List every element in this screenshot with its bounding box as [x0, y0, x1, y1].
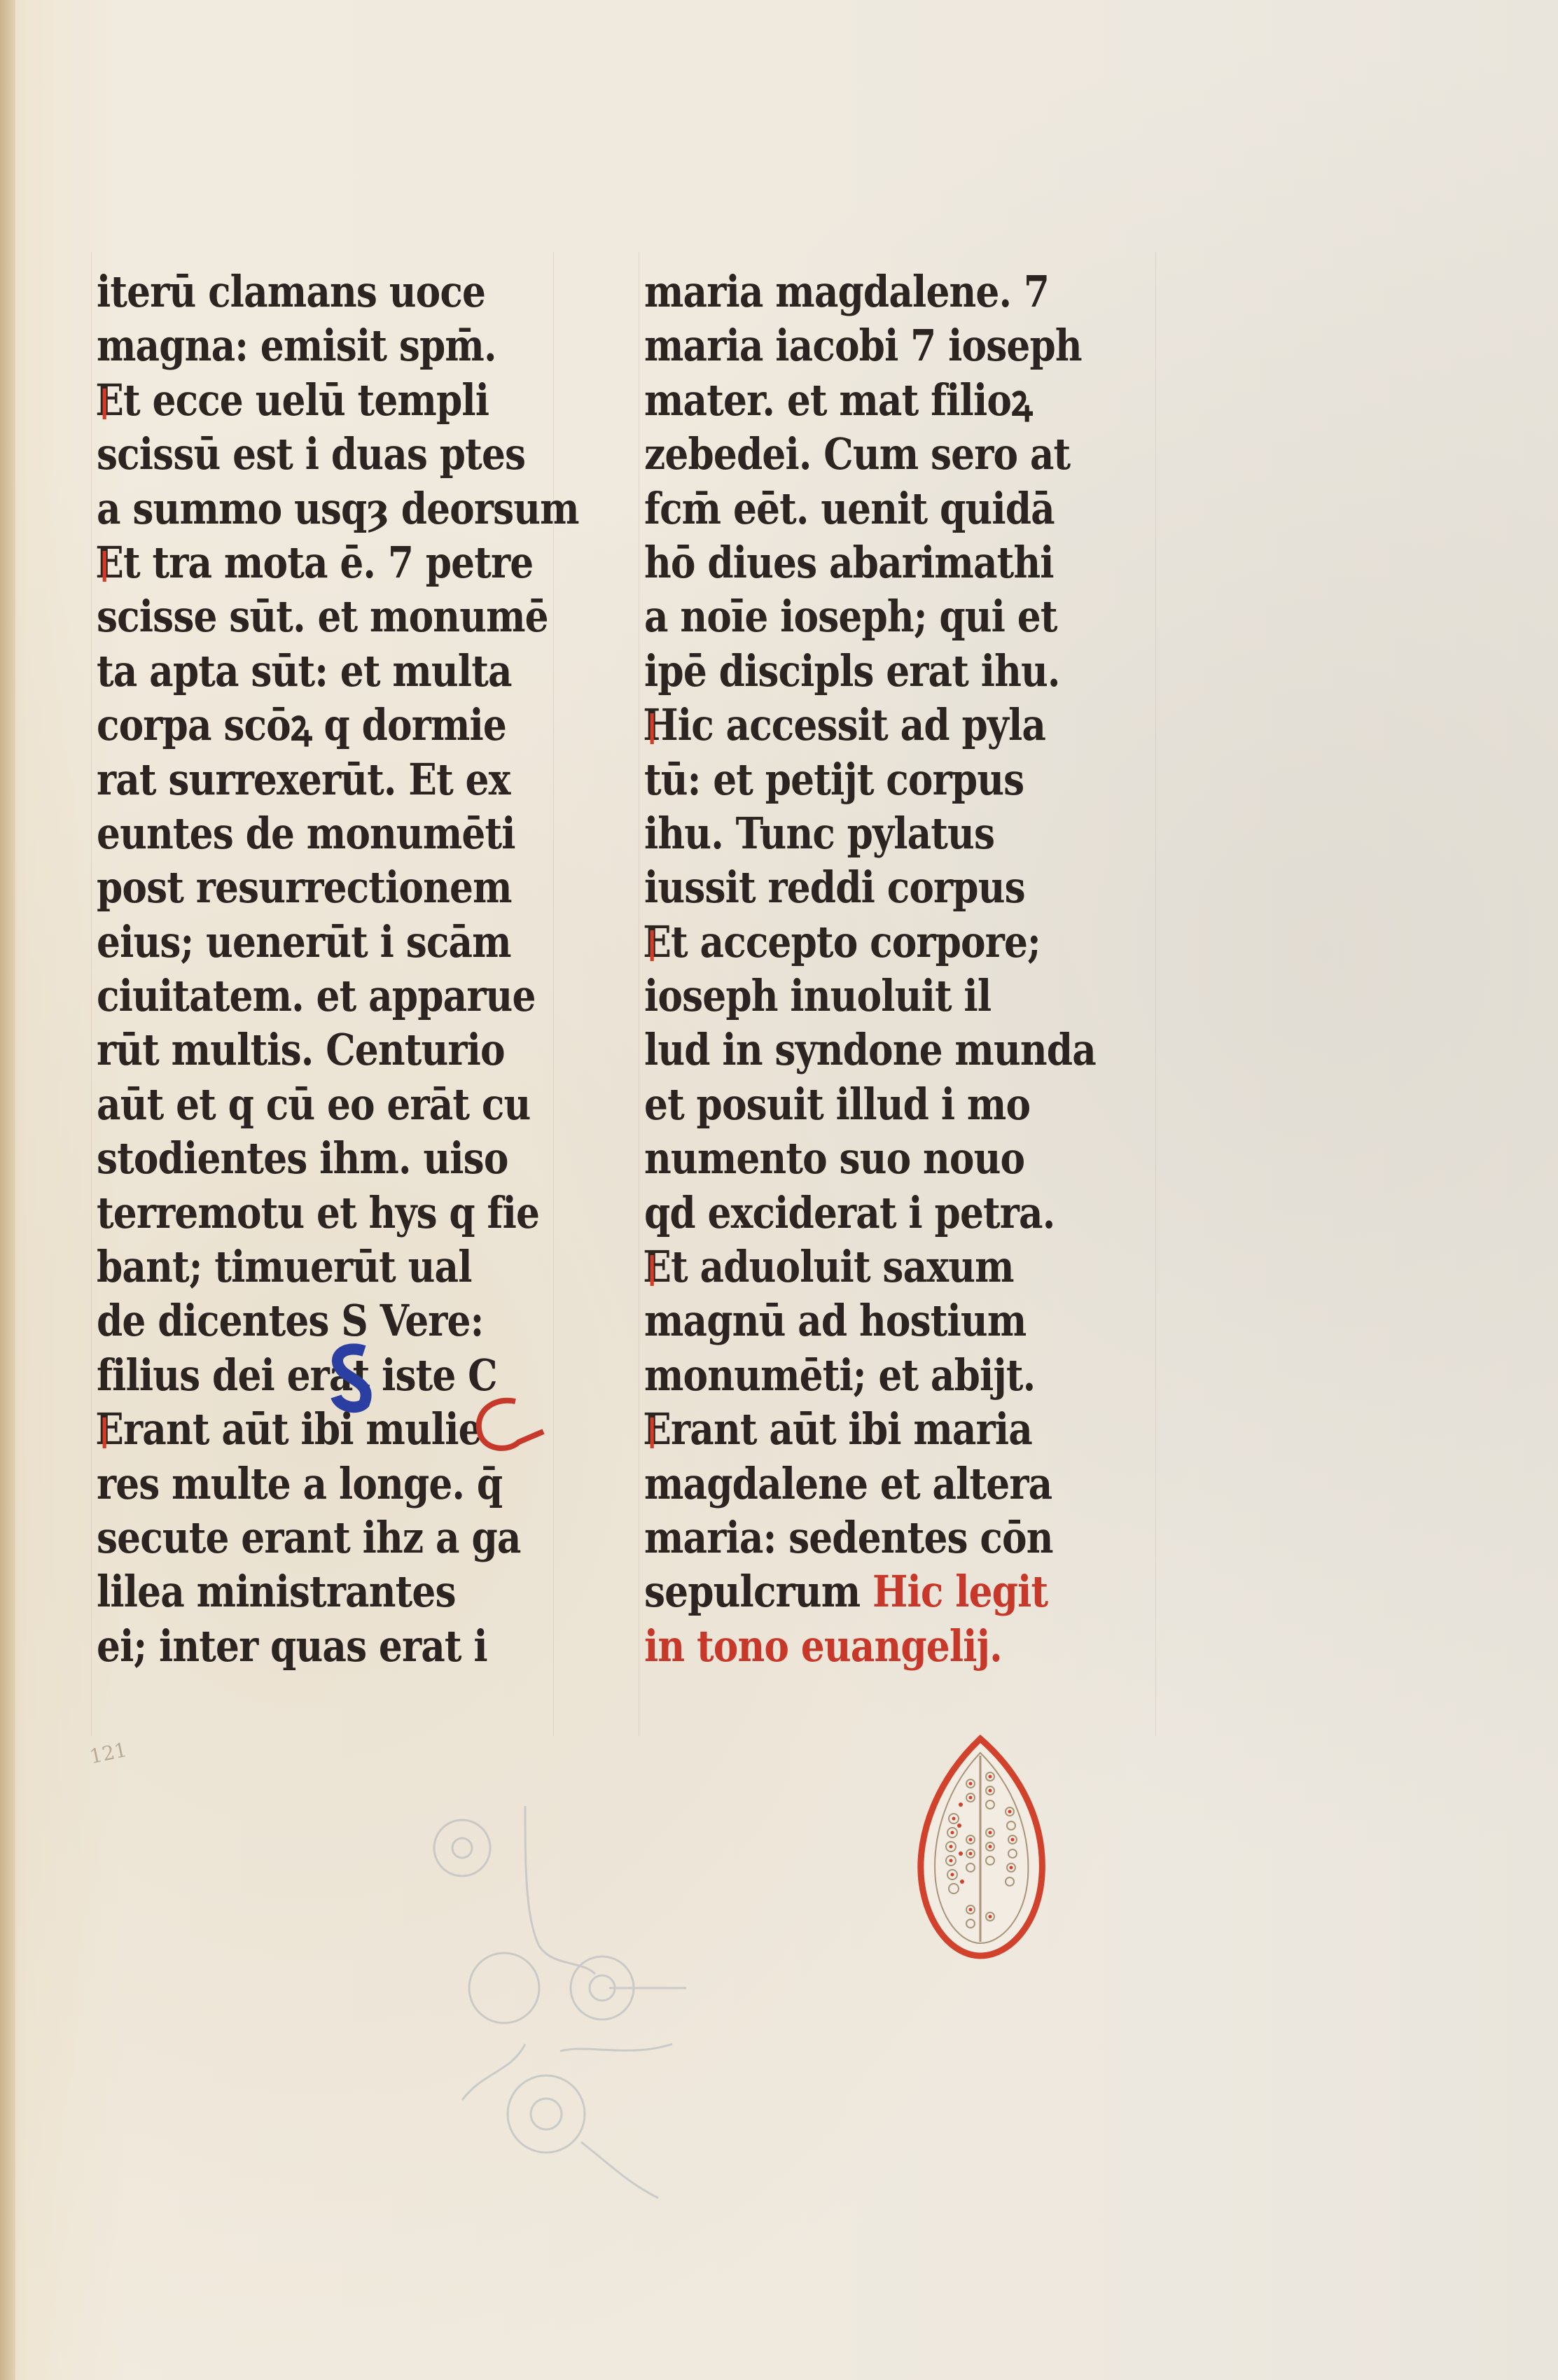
red-initial-c-icon [466, 1393, 550, 1456]
text-line: zebedei. Cum sero at [644, 427, 1078, 481]
text-line: res multe a longe. q̄ [97, 1457, 488, 1511]
text-line: monumēti; et abijt. [644, 1348, 1078, 1402]
text-line: de dicentes S Vere: [97, 1294, 488, 1347]
text-line: Et accepto corpore; [644, 915, 1078, 969]
text-line: ta apta sūt: et multa [97, 644, 488, 698]
text-line: Hic accessit ad pyla [644, 698, 1078, 752]
rubric-stroke-icon [103, 1417, 106, 1448]
text-line: eius; uenerūt i scām [97, 915, 488, 969]
text-line: iussit reddi corpus [644, 860, 1078, 914]
rubric-stroke-icon [651, 1255, 654, 1286]
text-line: a summo usqȝ deorsum [97, 482, 488, 535]
text-line: rūt multis. Centurio [97, 1023, 488, 1077]
rubric-text: Hic legit [872, 1566, 1048, 1617]
binding-gutter [0, 0, 15, 2380]
text-line: ioseph inuoluit il [644, 969, 1078, 1023]
rubric-line: in tono euangelij. [644, 1619, 1078, 1673]
text-line: Et tra mota ē. 7 petre [97, 535, 488, 589]
text-line: ihu. Tunc pylatus [644, 806, 1078, 860]
text-line: corpa scōꝝ q dormie [97, 698, 488, 752]
text-line: hō diues abarimathi [644, 535, 1078, 589]
text-line: euntes de monumēti [97, 806, 488, 860]
text-line: magna: emisit spm̄. [97, 318, 488, 372]
text-column-right: maria magdalene. 7 maria iacobi 7 ioseph… [644, 265, 1148, 1673]
text-line: secute erant ihz a ga [97, 1511, 488, 1564]
text-line: Et ecce uelū templi [97, 373, 488, 427]
text-line: ei; inter quas erat i [97, 1619, 488, 1673]
text-column-left: iterū clamans uoce magna: emisit spm̄. E… [97, 265, 552, 1673]
text-line: magnū ad hostium [644, 1294, 1078, 1347]
text-line: mater. et mat filioꝝ [644, 373, 1078, 427]
text-line: bant; timuerūt ual [97, 1240, 488, 1294]
rubric-stroke-icon [103, 551, 106, 582]
text-line: ipē discipls erat ihu. [644, 644, 1078, 698]
ruling-line [553, 252, 554, 1736]
text-line: a noīe ioseph; qui et [644, 589, 1078, 643]
text-line: qd exciderat i petra. [644, 1186, 1078, 1240]
text-line: scisse sūt. et monumē [97, 589, 488, 643]
text-line: terremotu et hys q fie [97, 1186, 488, 1240]
rubric-stroke-icon [651, 713, 654, 744]
text-line: iterū clamans uoce [97, 265, 488, 318]
text-line: numento suo nouo [644, 1131, 1078, 1185]
text-line: maria magdalene. 7 [644, 265, 1078, 318]
faint-floral-underdrawing-icon [420, 1778, 714, 2212]
rubric-stroke-icon [651, 1417, 654, 1448]
mandorla-ornament-icon [912, 1735, 1049, 1960]
text-line: ciuitatem. et apparue [97, 969, 488, 1023]
text-line: filius dei erat iste C [97, 1348, 488, 1402]
manuscript-folio: iterū clamans uoce magna: emisit spm̄. E… [0, 0, 1558, 2380]
text-line: maria iacobi 7 ioseph [644, 318, 1078, 372]
text-line: tū: et petijt corpus [644, 752, 1078, 806]
blue-initial-s-icon [315, 1337, 399, 1414]
ruling-line [1155, 252, 1156, 1736]
ruling-line [91, 252, 92, 1736]
text-line: stodientes ihm. uiso [97, 1131, 488, 1185]
text-line: scissū est i duas ptes [97, 427, 488, 481]
text-line: rat surrexerūt. Et ex [97, 752, 488, 806]
folio-pencil-mark: 121 [88, 1738, 129, 1768]
ruling-line [639, 252, 639, 1736]
rubric-stroke-icon [651, 930, 654, 961]
text-line: post resurrectionem [97, 860, 488, 914]
text-line: sepulcrum Hic legit [644, 1564, 1078, 1618]
text-line: aūt et q cū eo erāt cu [97, 1077, 488, 1131]
text-line: Erant aūt ibi maria [644, 1402, 1078, 1456]
text-line: lilea ministrantes [97, 1564, 488, 1618]
text-line: Et aduoluit saxum [644, 1240, 1078, 1294]
text-line: lud in syndone munda [644, 1023, 1078, 1077]
text-line: et posuit illud i mo [644, 1077, 1078, 1131]
rubric-stroke-icon [103, 388, 106, 419]
text-line: maria: sedentes cōn [644, 1511, 1078, 1564]
text-line: magdalene et altera [644, 1457, 1078, 1511]
text-line: Erant aūt ibi mulie [97, 1402, 488, 1456]
text-line: fcm̄ eēt. uenit quidā [644, 482, 1078, 535]
